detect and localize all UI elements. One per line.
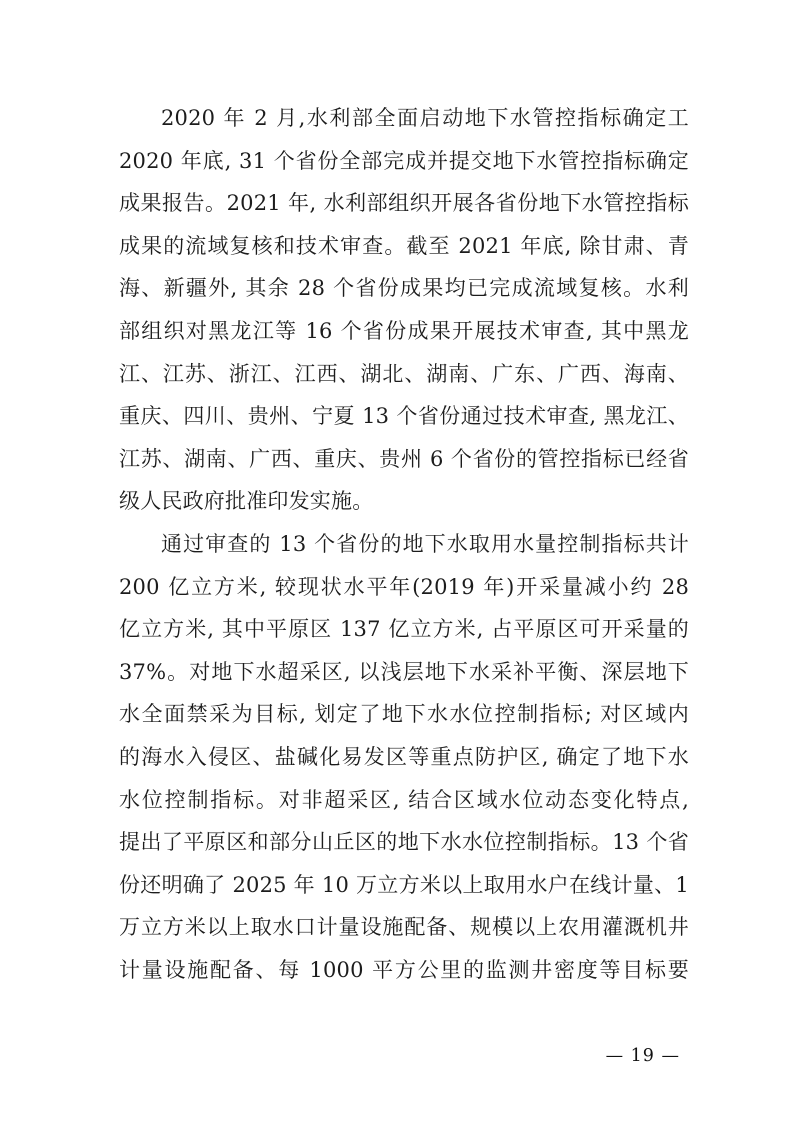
text-line: 计量设施配备、每 1000 平方公里的监测井密度等目标要求。: [119, 949, 689, 992]
text-line: 37%。对地下水超采区, 以浅层地下水采补平衡、深层地下: [119, 651, 689, 694]
text-line: 成果的流域复核和技术审查。截至 2021 年底, 除甘肃、青: [119, 225, 689, 268]
paragraph: 2020 年 2 月,水利部全面启动地下水管控指标确定工作。2020 年底, 3…: [119, 97, 689, 523]
document-body: 2020 年 2 月,水利部全面启动地下水管控指标确定工作。2020 年底, 3…: [119, 97, 689, 991]
text-line: 提出了平原区和部分山丘区的地下水水位控制指标。13 个省: [119, 821, 689, 864]
text-line: 200 亿立方米, 较现状水平年(2019 年)开采量减小约 28: [119, 566, 689, 609]
text-line: 江苏、湖南、广西、重庆、贵州 6 个省份的管控指标已经省: [119, 438, 689, 481]
text-line: 海、新疆外, 其余 28 个省份成果均已完成流域复核。水利: [119, 267, 689, 310]
text-line: 2020 年 2 月,水利部全面启动地下水管控指标确定工作。: [119, 97, 689, 140]
text-line: 亿立方米, 其中平原区 137 亿立方米, 占平原区可开采量的: [119, 608, 689, 651]
text-line: 水全面禁采为目标, 划定了地下水水位控制指标; 对区域内: [119, 693, 689, 736]
text-line: 份还明确了 2025 年 10 万立方米以上取用水户在线计量、1: [119, 864, 689, 907]
paragraph: 通过审查的 13 个省份的地下水取用水量控制指标共计200 亿立方米, 较现状水…: [119, 523, 689, 992]
text-line: 的海水入侵区、盐碱化易发区等重点防护区, 确定了地下水: [119, 736, 689, 779]
text-line: 成果报告。2021 年, 水利部组织开展各省份地下水管控指标: [119, 182, 689, 225]
text-line: 部组织对黑龙江等 16 个省份成果开展技术审查, 其中黑龙: [119, 310, 689, 353]
text-line: 江、江苏、浙江、江西、湖北、湖南、广东、广西、海南、: [119, 353, 689, 396]
text-line: 重庆、四川、贵州、宁夏 13 个省份通过技术审查, 黑龙江、: [119, 395, 689, 438]
text-line: 通过审查的 13 个省份的地下水取用水量控制指标共计: [119, 523, 689, 566]
page-number: — 19 —: [606, 1046, 680, 1066]
text-line: 2020 年底, 31 个省份全部完成并提交地下水管控指标确定: [119, 140, 689, 183]
text-line: 水位控制指标。对非超采区, 结合区域水位动态变化特点,: [119, 779, 689, 822]
text-line: 万立方米以上取水口计量设施配备、规模以上农用灌溉机井: [119, 906, 689, 949]
text-line: 级人民政府批准印发实施。: [119, 480, 689, 523]
document-page: 2020 年 2 月,水利部全面启动地下水管控指标确定工作。2020 年底, 3…: [0, 0, 800, 1131]
